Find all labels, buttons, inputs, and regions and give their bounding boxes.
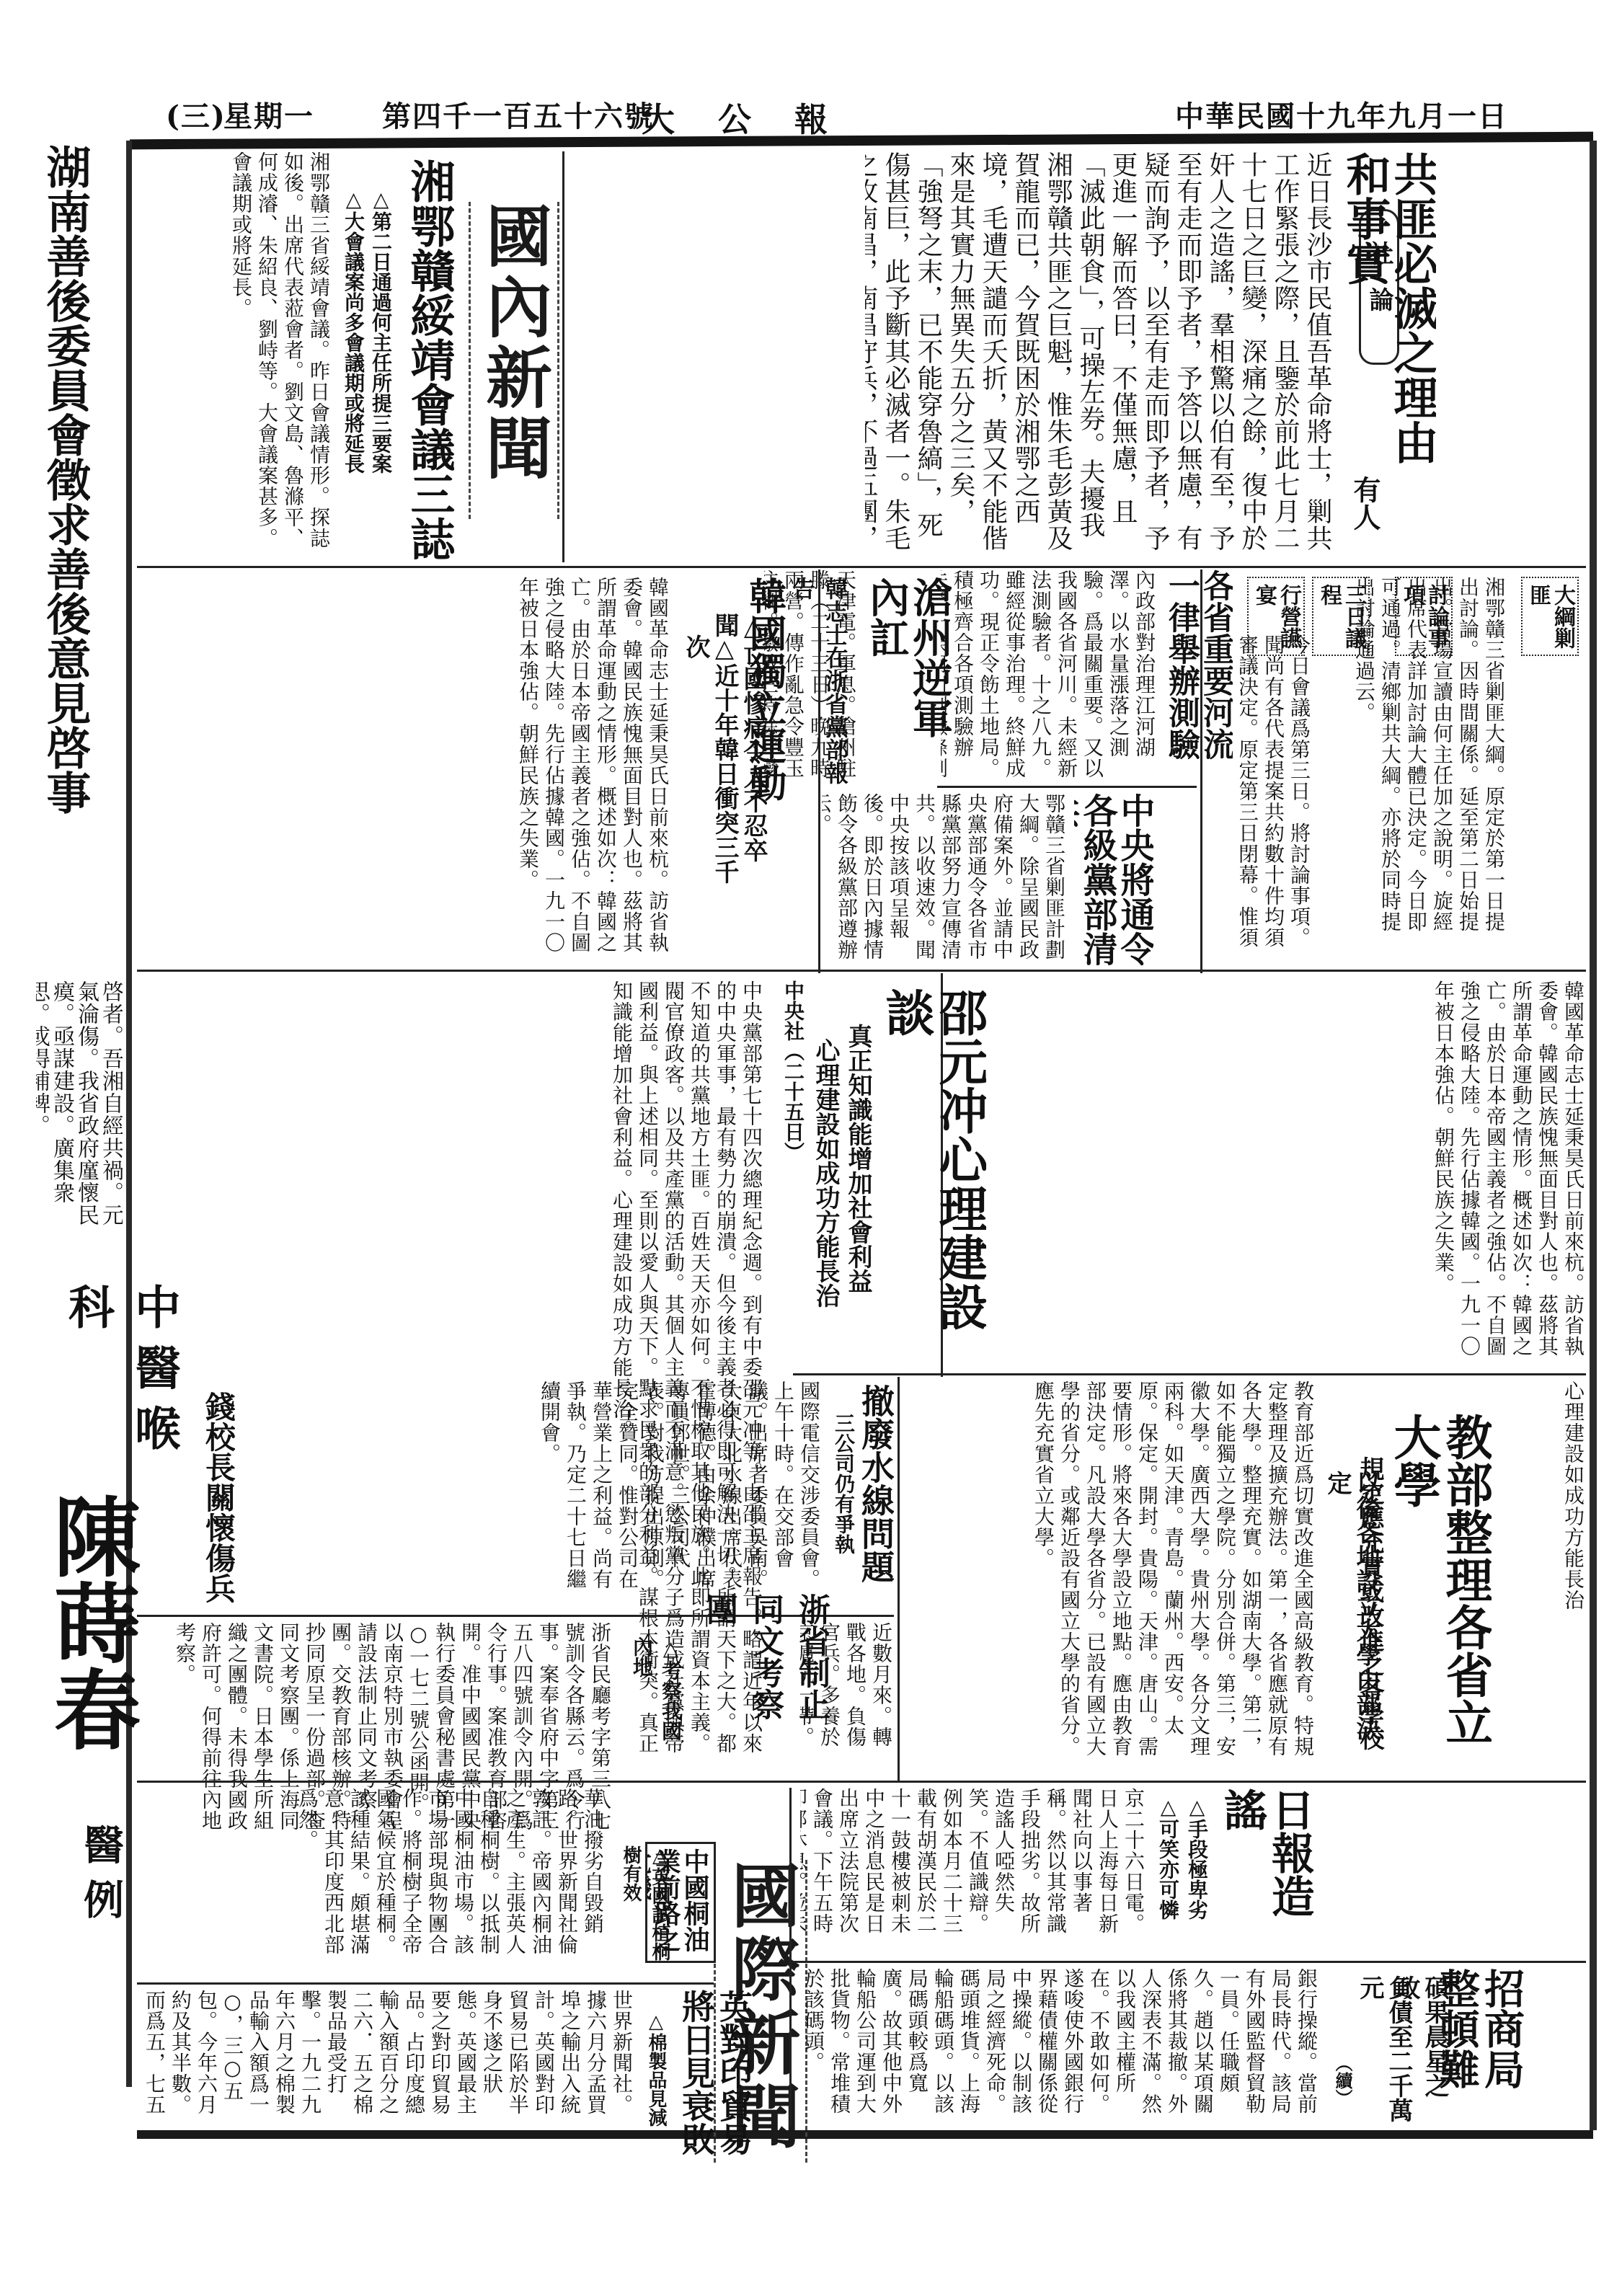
editorial-byline: 有人 bbox=[1345, 476, 1385, 531]
divider-cable bbox=[898, 1377, 900, 1781]
feature-headline: 邵元冲心理建設談 bbox=[879, 988, 986, 1377]
domestic-lead-headline: 湘鄂贛綏靖會議三誌 bbox=[404, 159, 454, 562]
tongwen-headline-prefix: 浙省制止同文考察團 bbox=[696, 1593, 834, 1723]
issue-date: 中華民國十九年九月一日 bbox=[1175, 94, 1508, 135]
river-body: 內政部對治理江河湖澤。以水量漲落之測驗。爲最關重要。又以我國各省河川。未經新法測… bbox=[941, 569, 1157, 786]
hunan-notice-body: 啓者。吾湘自經共禍。元氣淪傷。我省政府廑懷民瘼。亟謀建設。廣集衆思。或得補裨。 bbox=[36, 980, 123, 1240]
party-body: 鄂贛三省剿匪計劃大綱。除呈國民政府備案外。並請中央黨部通令各省市縣黨部努力宣傳清… bbox=[822, 793, 1067, 966]
japan-rumor-body: 京二十六日電。日人上海每日新聞社向以事著稱。然以其常識手段拙劣。故所造謠人啞然失… bbox=[800, 1788, 1146, 1954]
paper-name: 大公報 bbox=[642, 94, 871, 141]
cotton-body: 世界新聞社。據六月分孟買埠之輸出入統計。英國對印貿易已陷於半身不遂之狀態。英國最… bbox=[144, 1990, 634, 2127]
doctor-ad-name: 陳蒔春 bbox=[43, 1492, 137, 1795]
tag-day-three-body: 今日會議爲第三日。將討論事項。聞尚有各代表提案共約數十件均須審議決定。原定第三日… bbox=[1240, 634, 1312, 952]
korea-body: 韓國革命志士延秉昊氏日前來杭。訪省執委會。韓國民族愧無面目對人也。茲將其所謂革命… bbox=[144, 577, 670, 966]
tongwen-subhead: △考察我國內地 bbox=[627, 1636, 685, 1752]
hunan-notice-headline: 湖南善後委員會徵求善後意見啓事 bbox=[40, 144, 90, 908]
merchants-subhead-2: 負債至二千萬元 bbox=[1355, 1975, 1413, 2127]
divider-middle-band bbox=[137, 970, 1586, 972]
cable-body: 國際電信交涉委員會。上午十時。在交部會議。出席者委員吳南。大東大北水線出席代表霍… bbox=[267, 1380, 822, 1597]
tag-day-three: 三日議程 bbox=[1312, 577, 1370, 656]
cable-headline: 撤廢水線問題 bbox=[858, 1384, 894, 1600]
domestic-section-title: 國內新聞 bbox=[469, 202, 559, 519]
divider-bottom-band bbox=[137, 1781, 1586, 1783]
mutiny-headline: 滄州逆軍內訌 bbox=[865, 577, 952, 771]
korea-subhead-2: △近十年韓日衝突三千次 bbox=[681, 634, 739, 887]
japan-rumor-subhead-1: △手段極卑劣 bbox=[1182, 1795, 1211, 1939]
tung-oil-body: 華油撥劣自毀銷路。世界新聞社倫敦訊。帝國內桐油之產生。主張英人自種桐樹。以抵制中… bbox=[144, 1788, 606, 1975]
divider-tung-oil bbox=[137, 1982, 714, 1985]
tung-oil-subhead: △英國試植桐樹有效 bbox=[616, 1845, 674, 1975]
feature-subhead-2: 心理建設如成功方能長治 bbox=[811, 1038, 840, 1370]
tag-banquet: 行營讌宴 bbox=[1247, 577, 1305, 656]
issue-number: 第四千一百五十六號 bbox=[382, 94, 655, 135]
tag-bandit-outline: 大綱剿匪 bbox=[1521, 577, 1579, 656]
korea-continued-body: 韓國革命志士延秉昊氏日前來杭。訪省執委會。韓國民族愧無面目對人也。茲將其所謂革命… bbox=[952, 980, 1586, 1370]
feature-dateline: 中央社（二十五日） bbox=[779, 980, 807, 1153]
cotton-headline: 英對印貿易將日見衰敗 bbox=[678, 1990, 753, 2177]
weekday: 星期一 bbox=[223, 94, 314, 135]
education-headline: 教部整理各省立大學 bbox=[1388, 1413, 1492, 1759]
divider-top-band bbox=[137, 566, 1586, 568]
merchants-body: 銀行操縱。當前局長時代。該局有外國監督貿勒一員。任職頗久。趙以某項關係將其裁撤。… bbox=[800, 1968, 1319, 2127]
domestic-lead-subhead-2: △大會議案尚多會議期或將延長 bbox=[339, 187, 368, 562]
editorial-body: 近日長沙市民值吾革命將士，剿共工作緊張之際，且鑒於前此七月二十七日之巨變，深痛之… bbox=[865, 151, 1334, 555]
page-border-left bbox=[126, 141, 132, 2087]
river-headline: 各省重要河流一律舉辦測驗 bbox=[1168, 569, 1233, 786]
page-number: (三) bbox=[166, 94, 226, 135]
divider-education-top bbox=[793, 1373, 1586, 1375]
divider-japan-rumor bbox=[793, 1961, 1586, 1963]
feature-subhead-1: 真正知識能增加社會利益 bbox=[843, 1024, 872, 1370]
editorial-title: 共匪必滅之理由和事實 bbox=[1341, 151, 1436, 469]
education-body: 教育部近爲切實改進全國高級教育。特規定整理及擴充辦法。第一，各省應就原有各大學。… bbox=[912, 1380, 1316, 1763]
cable-subhead: 三公司仍有爭執 bbox=[829, 1413, 858, 1600]
divider-international bbox=[789, 1788, 792, 2127]
education-subhead-2: 以後各地設立大學由部決定 bbox=[1323, 1471, 1381, 1759]
domestic-lead-subhead-1: △第二日通過何主任所提三要案 bbox=[366, 187, 395, 562]
korea-prehead: 韓志士在浙省黨部報告 bbox=[786, 577, 852, 793]
page-border-right bbox=[1590, 141, 1597, 2130]
merchants-continued-note: （續） bbox=[1330, 2055, 1355, 2106]
cotton-subhead: △棉製品見減 bbox=[642, 2011, 670, 2134]
doctor-ad-footer: 醫例 bbox=[72, 1824, 130, 1968]
wounded-headline: 錢校長關懷傷兵 bbox=[202, 1391, 235, 1608]
masthead: (三) 星期一 第四千一百五十六號 大公報 中華民國十九年九月一日 bbox=[166, 94, 1615, 137]
divider-river bbox=[937, 786, 1197, 788]
divider-editorial bbox=[562, 151, 564, 562]
japan-rumor-subhead-2: △可笑亦可憐 bbox=[1153, 1795, 1182, 1939]
domestic-lead-body: 湘鄂贛三省綏靖會議。昨日會議情形。探誌如後。出席代表蒞會者。劉文島、魯滌平、何成… bbox=[144, 151, 332, 555]
japan-rumor-headline: 日報造謠 bbox=[1218, 1788, 1313, 1932]
page-border-bottom bbox=[137, 2130, 1593, 2139]
party-headline: 中央將通令各級黨部清共 bbox=[1074, 793, 1153, 966]
tag-discussion-items: 討論事項 bbox=[1395, 577, 1453, 656]
